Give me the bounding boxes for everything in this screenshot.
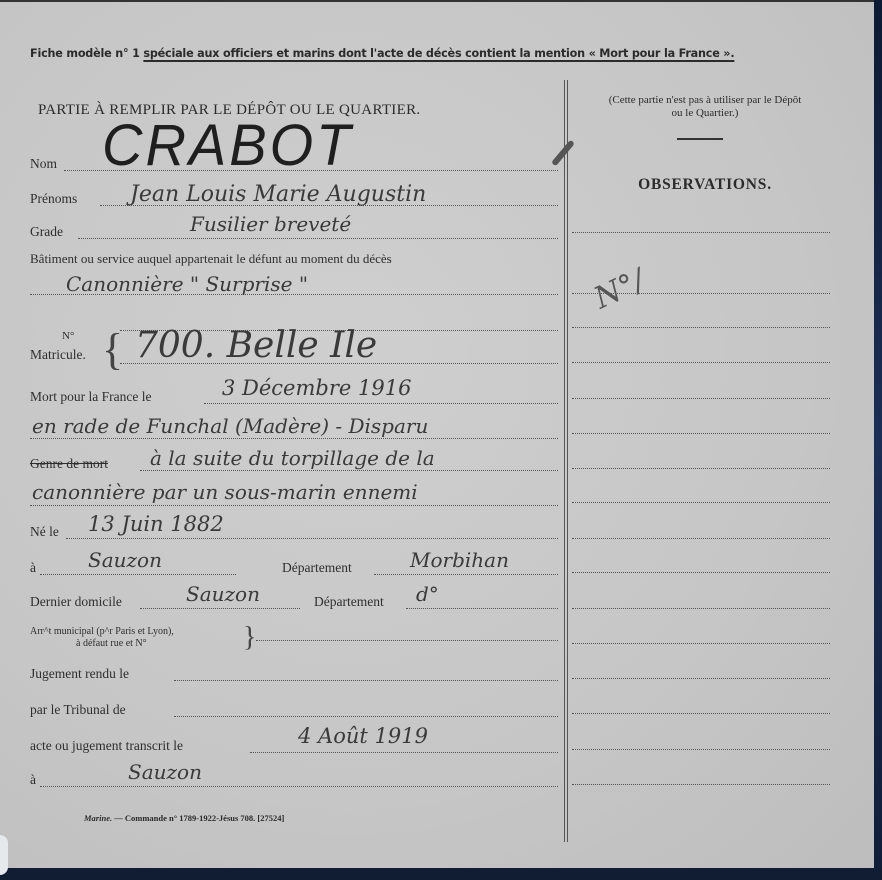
arr-municipal-label: Arr^t municipal (p^r Paris et Lyon), bbox=[30, 626, 174, 637]
observation-line bbox=[572, 538, 830, 539]
departement-domicile-value: d° bbox=[416, 582, 439, 606]
column-divider bbox=[564, 80, 568, 842]
transcrit-a-line bbox=[40, 786, 558, 787]
departement-naissance-line bbox=[374, 574, 558, 575]
observation-line bbox=[572, 362, 830, 363]
observation-line bbox=[572, 784, 830, 785]
observations-note: (Cette partie n'est pas à utiliser par l… bbox=[605, 94, 805, 120]
prenoms-label: Prénoms bbox=[30, 191, 77, 207]
dernier-domicile-value: Sauzon bbox=[186, 582, 260, 606]
matricule-label-top: N° bbox=[62, 330, 74, 342]
transcrit-a-label: à bbox=[30, 772, 36, 788]
genre-mort-label: Genre de mort bbox=[30, 456, 108, 472]
death-record-card: Fiche modèle n° 1 spéciale aux officiers… bbox=[0, 0, 874, 870]
form-description: spéciale aux officiers et marins dont l'… bbox=[143, 47, 734, 60]
grade-value: Fusilier breveté bbox=[190, 212, 351, 236]
ne-a-label: à bbox=[30, 560, 36, 576]
transcrit-a-value: Sauzon bbox=[128, 760, 202, 784]
nom-label: Nom bbox=[30, 156, 57, 172]
departement-naissance-value: Morbihan bbox=[410, 548, 509, 572]
mort-label: Mort pour la France le bbox=[30, 389, 151, 405]
nom-line bbox=[64, 170, 558, 171]
departement-domicile-line bbox=[406, 608, 558, 609]
mort-date-value: 3 Décembre 1916 bbox=[222, 376, 411, 400]
dernier-domicile-label: Dernier domicile bbox=[30, 594, 122, 610]
grade-line bbox=[78, 238, 558, 239]
observation-line bbox=[572, 327, 830, 328]
batiment-value: Canonnière " Surprise " bbox=[66, 272, 308, 296]
observation-line bbox=[572, 502, 830, 503]
observation-line bbox=[572, 293, 830, 294]
mort-lieu-line bbox=[30, 438, 558, 439]
observation-line bbox=[572, 398, 830, 399]
arr-municipal-sublabel: à défaut rue et N° bbox=[76, 638, 147, 649]
departement-domicile-label: Département bbox=[314, 594, 384, 610]
pencil-mark bbox=[551, 140, 575, 167]
observation-line bbox=[572, 643, 830, 644]
observation-line bbox=[572, 433, 830, 434]
observation-line bbox=[572, 608, 830, 609]
observation-line bbox=[572, 572, 830, 573]
observations-rule bbox=[677, 138, 723, 140]
ne-a-value: Sauzon bbox=[88, 548, 162, 572]
grade-label: Grade bbox=[30, 224, 63, 240]
genre-mort-line-2 bbox=[30, 505, 558, 506]
ne-le-line bbox=[66, 538, 558, 539]
arr-municipal-line bbox=[256, 640, 558, 641]
tribunal-label: par le Tribunal de bbox=[30, 702, 126, 718]
ne-a-line bbox=[40, 574, 236, 575]
footer-order-text: — Commande n° 1789-1922-Jésus 708. [2752… bbox=[114, 813, 284, 823]
genre-mort-value: à la suite du torpillage de la bbox=[150, 446, 435, 470]
observation-line bbox=[572, 678, 830, 679]
genre-mort-line bbox=[140, 470, 558, 471]
observation-line bbox=[572, 713, 830, 714]
viewer-side-tab[interactable] bbox=[0, 835, 8, 875]
observations-title: OBSERVATIONS. bbox=[605, 176, 805, 194]
batiment-label: Bâtiment ou service auquel appartenait l… bbox=[30, 251, 392, 267]
transcrit-label: acte ou jugement transcrit le bbox=[30, 738, 183, 754]
transcrit-line bbox=[250, 752, 558, 753]
genre-mort-value-cont: canonnière par un sous-marin ennemi bbox=[32, 480, 418, 504]
mort-lieu-value: en rade de Funchal (Madère) - Disparu bbox=[32, 414, 428, 438]
observation-line bbox=[572, 468, 830, 469]
tribunal-line bbox=[174, 716, 558, 717]
ne-le-label: Né le bbox=[30, 524, 59, 540]
matricule-brace: { bbox=[102, 324, 123, 375]
prenoms-value: Jean Louis Marie Augustin bbox=[130, 182, 426, 207]
observations-annotation: N°/ bbox=[589, 263, 650, 316]
ne-le-value: 13 Juin 1882 bbox=[88, 512, 224, 536]
observation-line bbox=[572, 232, 830, 233]
form-model-number: Fiche modèle n° 1 bbox=[30, 47, 140, 60]
matricule-value: 700. Belle Ile bbox=[135, 325, 377, 366]
observation-line bbox=[572, 749, 830, 750]
dernier-domicile-line bbox=[140, 608, 300, 609]
transcrit-date-value: 4 Août 1919 bbox=[298, 724, 428, 748]
form-header: Fiche modèle n° 1 spéciale aux officiers… bbox=[30, 47, 734, 60]
jugement-label: Jugement rendu le bbox=[30, 666, 129, 682]
printer-footer: Marine. — Commande n° 1789-1922-Jésus 70… bbox=[84, 813, 284, 823]
arr-municipal-brace: } bbox=[243, 622, 256, 654]
footer-publisher: Marine. bbox=[84, 813, 112, 823]
mort-line bbox=[204, 403, 558, 404]
matricule-label: Matricule. bbox=[30, 347, 86, 363]
background-edge bbox=[874, 0, 882, 880]
surname-value: CRABOT bbox=[102, 110, 353, 178]
background-bottom bbox=[0, 868, 882, 880]
departement-naissance-label: Département bbox=[282, 560, 352, 576]
jugement-line bbox=[174, 680, 558, 681]
